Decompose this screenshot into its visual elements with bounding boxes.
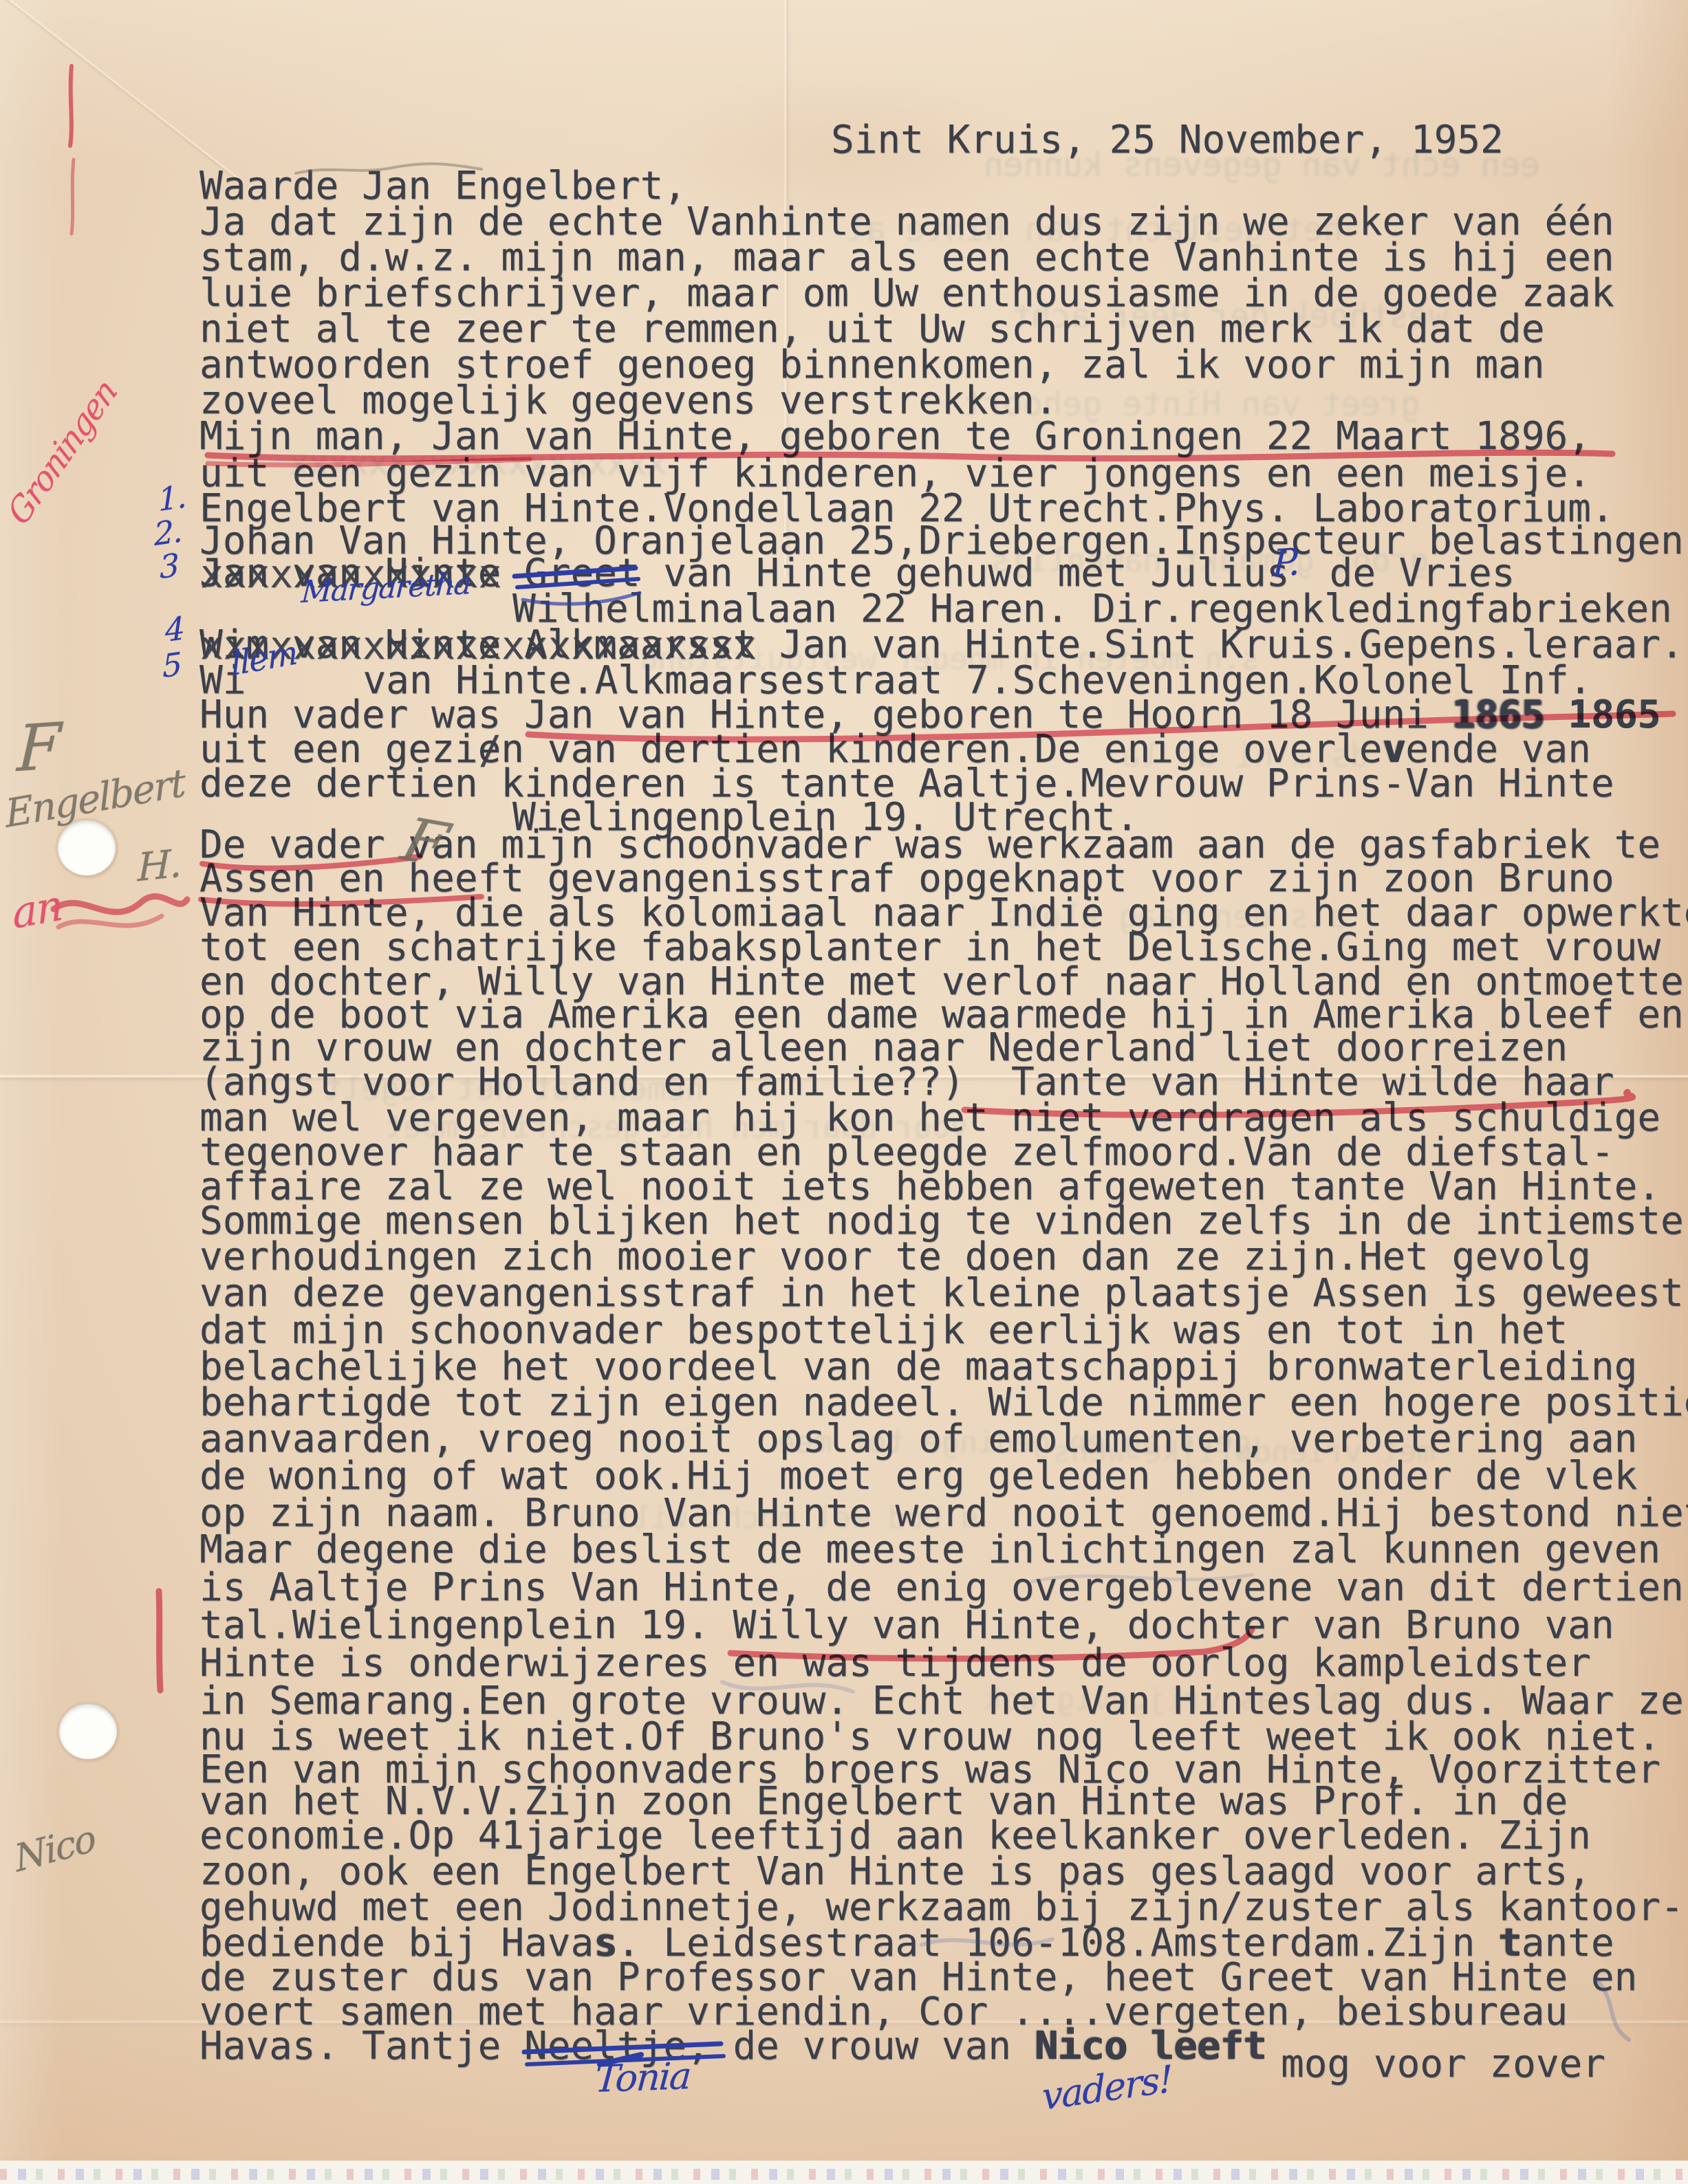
margin-note-blue: 5: [162, 645, 182, 685]
margin-note-pencil: H.: [138, 841, 180, 891]
letter-scan-page: een echt van gegevens kunnenhet geslacht…: [0, 0, 1688, 2184]
typed-line: Havas. Tantje Neeltje, de vrouw van Nico…: [199, 2029, 1266, 2064]
scan-edge-strip: [0, 2161, 1688, 2184]
punch-hole: [59, 1704, 117, 1759]
typed-line: Hinte is onderwijzeres en was tijdens de…: [199, 1646, 1591, 1681]
red-edge-mark: [72, 160, 74, 234]
margin-note-pencil: Nico: [12, 1816, 98, 1880]
red-edge-mark: [70, 66, 72, 146]
margin-note-red: Groningen: [1, 372, 125, 532]
margin-note-blue: 3: [159, 546, 179, 586]
typed-line: van deze gevangenisstraf in het kleine p…: [199, 1276, 1684, 1311]
typed-line: Maar degene die beslist de meeste inlich…: [199, 1532, 1660, 1568]
typed-line: behartigde tot zijn eigen nadeel. Wilde …: [199, 1385, 1688, 1421]
film-edge-ticks: [0, 2169, 1688, 2180]
punch-hole: [58, 820, 116, 875]
typed-line: verhoudingen zich mooier voor te doen da…: [199, 1239, 1591, 1275]
red-margin-bar: [159, 1591, 160, 1690]
typed-line: mog voor zover: [1281, 2046, 1605, 2082]
margin-note-blue: P.: [1272, 540, 1300, 585]
paper-crease: [0, 0, 242, 182]
margin-note-red: an: [10, 880, 63, 939]
typed-line: tal.Wielingenplein 19. Willy van Hinte, …: [199, 1608, 1614, 1644]
paper-tone: [1605, 0, 1688, 2184]
margin-note-blue: Tonia: [594, 2054, 692, 2101]
dateline: Sint Kruis, 25 November, 1952: [831, 122, 1504, 158]
margin-note-blue: 4: [164, 609, 184, 649]
typed-line: de woning of wat ook.Hij moet erg gelede…: [199, 1459, 1637, 1494]
typed-line: op zijn naam. Bruno Van Hinte werd nooit…: [199, 1496, 1688, 1531]
margin-note-pencil: F: [16, 709, 61, 786]
red-scribble: [58, 916, 162, 927]
typed-line: dat mijn schoonvader bespottelijk eerlij…: [199, 1313, 1568, 1348]
red-scribble: [54, 896, 187, 912]
typed-line: is Aaltje Prins Van Hinte, de enig overg…: [199, 1570, 1688, 1606]
typed-line: Mijn man, Jan van Hinte, geboren te Gron…: [199, 419, 1591, 455]
typed-line: aanvaarden, vroeg nooit opslag of emolum…: [199, 1421, 1637, 1457]
